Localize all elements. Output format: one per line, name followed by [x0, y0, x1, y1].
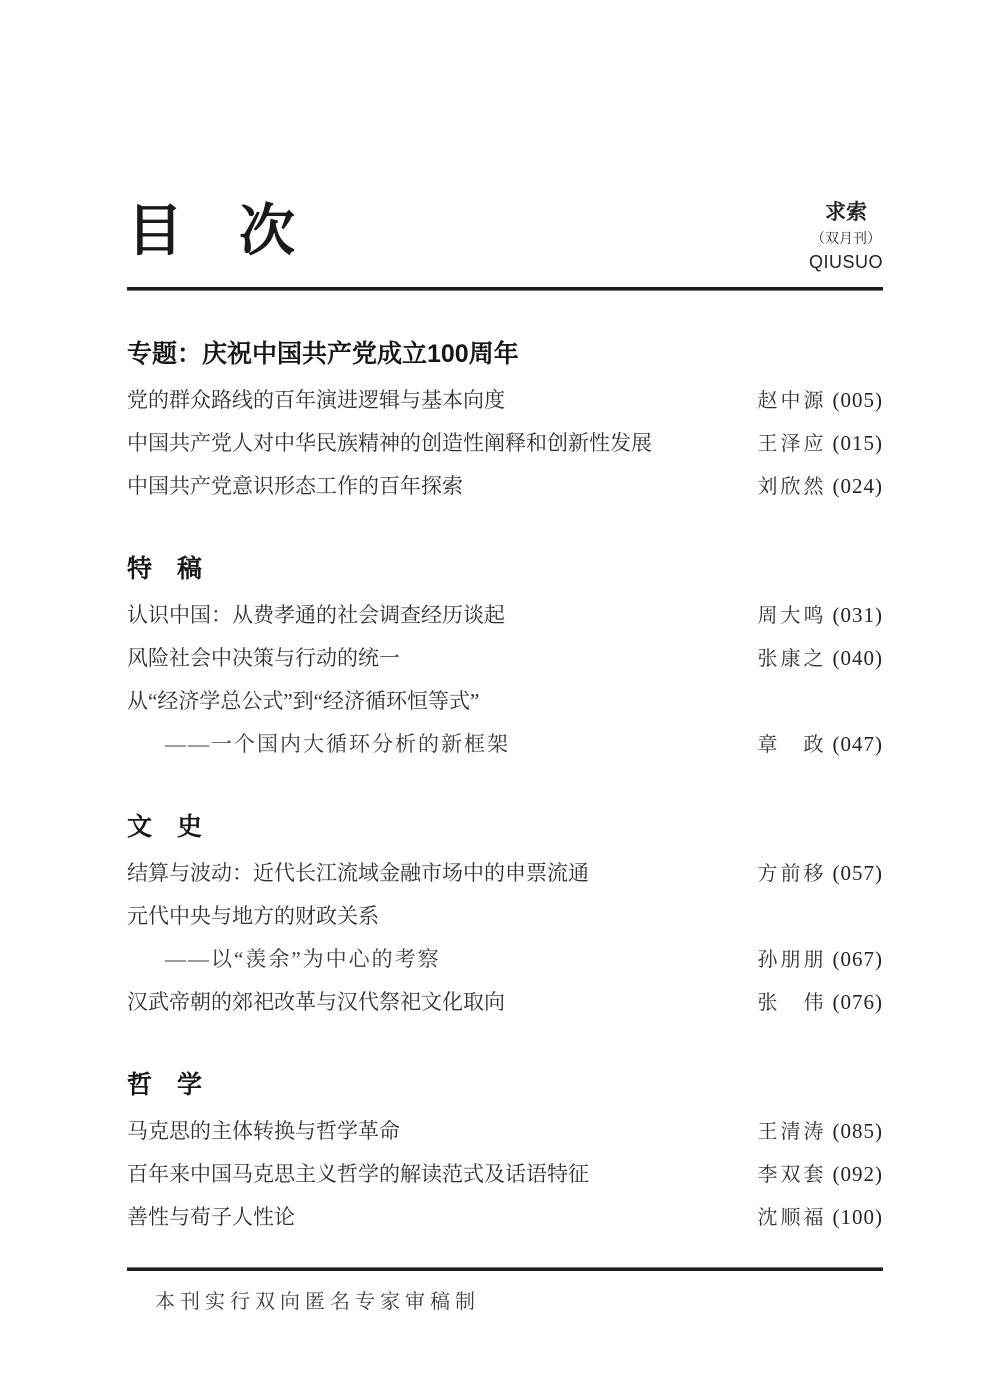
page-header: 目 次 求索 （双月刊） QIUSUO [127, 196, 883, 275]
section-philosophy: 哲 学 马克思的主体转换与哲学革命 王清涛 (085) 百年来中国马克思主义哲学… [127, 1070, 883, 1237]
article-title: 从“经济学总公式”到“经济循环恒等式” [127, 685, 479, 715]
author-page: 孙朋朋 (067) [758, 943, 884, 972]
article-page-number: (092) [833, 1162, 884, 1187]
author-page: 赵中源 (005) [758, 384, 884, 413]
article-subtitle: ——以“羡余”为中心的考察 [127, 943, 441, 973]
author-page: 王清涛 (085) [758, 1115, 884, 1144]
article-author: 刘欣然 [758, 470, 827, 499]
footer-double-rule [127, 1267, 883, 1271]
toc-title: 目 次 [127, 196, 295, 268]
article-title: 百年来中国马克思主义哲学的解读范式及话语特征 [127, 1158, 589, 1188]
section-heading: 哲 学 [127, 1070, 883, 1100]
article-title: 善性与荀子人性论 [127, 1201, 295, 1231]
section-special-contribution: 特 稿 认识中国：从费孝通的社会调查经历谈起 周大鸣 (031) 风险社会中决策… [127, 554, 883, 764]
author-page: 方前移 (057) [758, 857, 884, 886]
article-row-subtitle-line: ——以“羡余”为中心的考察 孙朋朋 (067) [127, 936, 883, 979]
article-author: 赵中源 [758, 384, 827, 413]
author-page: 张康之 (040) [758, 642, 884, 671]
article-title: 中国共产党人对中华民族精神的创造性阐释和创新性发展 [127, 427, 652, 457]
article-title: 认识中国：从费孝通的社会调查经历谈起 [127, 599, 505, 629]
article-title: 元代中央与地方的财政关系 [127, 900, 379, 930]
author-page: 李双套 (092) [758, 1158, 884, 1187]
article-page-number: (100) [833, 1205, 884, 1230]
article-title: 结算与波动：近代长江流域金融市场中的申票流通 [127, 857, 589, 887]
journal-pinyin: QIUSUO [809, 250, 883, 275]
author-page: 刘欣然 (024) [758, 470, 884, 499]
author-page: 张 伟 (076) [758, 986, 884, 1015]
article-row: 认识中国：从费孝通的社会调查经历谈起 周大鸣 (031) [127, 592, 883, 635]
article-row: 百年来中国马克思主义哲学的解读范式及话语特征 李双套 (092) [127, 1151, 883, 1194]
section-literature-history: 文 史 结算与波动：近代长江流域金融市场中的申票流通 方前移 (057) 元代中… [127, 812, 883, 1022]
article-author: 王泽应 [758, 427, 827, 456]
article-page-number: (076) [833, 990, 884, 1015]
article-author: 方前移 [758, 857, 827, 886]
article-title: 风险社会中决策与行动的统一 [127, 642, 400, 672]
author-page: 周大鸣 (031) [758, 599, 884, 628]
article-author: 王清涛 [758, 1115, 827, 1144]
article-row: 党的群众路线的百年演进逻辑与基本向度 赵中源 (005) [127, 377, 883, 420]
article-title: 中国共产党意识形态工作的百年探索 [127, 470, 463, 500]
toc-page: 目 次 求索 （双月刊） QIUSUO 专题：庆祝中国共产党成立100周年 党的… [0, 0, 1000, 1400]
journal-masthead: 求索 （双月刊） QIUSUO [809, 196, 883, 275]
article-row: 马克思的主体转换与哲学革命 王清涛 (085) [127, 1108, 883, 1151]
article-subtitle: ——一个国内大循环分析的新框架 [127, 728, 510, 758]
article-author: 章 政 [758, 728, 827, 757]
article-row-title-line: 从“经济学总公式”到“经济循环恒等式” [127, 678, 883, 721]
article-row: 中国共产党人对中华民族精神的创造性阐释和创新性发展 王泽应 (015) [127, 420, 883, 463]
article-title: 党的群众路线的百年演进逻辑与基本向度 [127, 384, 505, 414]
article-author: 张 伟 [758, 986, 827, 1015]
header-double-rule [127, 287, 883, 291]
section-special-topic: 专题：庆祝中国共产党成立100周年 党的群众路线的百年演进逻辑与基本向度 赵中源… [127, 339, 883, 506]
article-row: 风险社会中决策与行动的统一 张康之 (040) [127, 635, 883, 678]
journal-frequency: （双月刊） [809, 226, 883, 250]
article-page-number: (031) [833, 603, 884, 628]
article-author: 孙朋朋 [758, 943, 827, 972]
section-heading: 特 稿 [127, 554, 883, 584]
article-page-number: (057) [833, 861, 884, 886]
article-row-title-line: 元代中央与地方的财政关系 [127, 893, 883, 936]
article-page-number: (067) [833, 947, 884, 972]
review-policy-note: 本刊实行双向匿名专家审稿制 [127, 1285, 883, 1314]
author-page: 王泽应 (015) [758, 427, 884, 456]
article-page-number: (005) [833, 388, 884, 413]
article-author: 李双套 [758, 1158, 827, 1187]
author-page: 章 政 (047) [758, 728, 884, 757]
article-author: 沈顺福 [758, 1201, 827, 1230]
article-row-subtitle-line: ——一个国内大循环分析的新框架 章 政 (047) [127, 721, 883, 764]
article-title: 马克思的主体转换与哲学革命 [127, 1115, 400, 1145]
article-row: 善性与荀子人性论 沈顺福 (100) [127, 1194, 883, 1237]
journal-name: 求索 [809, 200, 883, 226]
article-page-number: (024) [833, 474, 884, 499]
author-page: 沈顺福 (100) [758, 1201, 884, 1230]
article-row: 中国共产党意识形态工作的百年探索 刘欣然 (024) [127, 463, 883, 506]
article-page-number: (047) [833, 732, 884, 757]
section-heading: 专题：庆祝中国共产党成立100周年 [127, 339, 883, 369]
article-author: 周大鸣 [758, 599, 827, 628]
article-title: 汉武帝朝的郊祀改革与汉代祭祀文化取向 [127, 986, 505, 1016]
article-author: 张康之 [758, 642, 827, 671]
article-row: 汉武帝朝的郊祀改革与汉代祭祀文化取向 张 伟 (076) [127, 979, 883, 1022]
article-page-number: (085) [833, 1119, 884, 1144]
section-heading: 文 史 [127, 812, 883, 842]
article-page-number: (015) [833, 431, 884, 456]
article-page-number: (040) [833, 646, 884, 671]
article-row: 结算与波动：近代长江流域金融市场中的申票流通 方前移 (057) [127, 850, 883, 893]
